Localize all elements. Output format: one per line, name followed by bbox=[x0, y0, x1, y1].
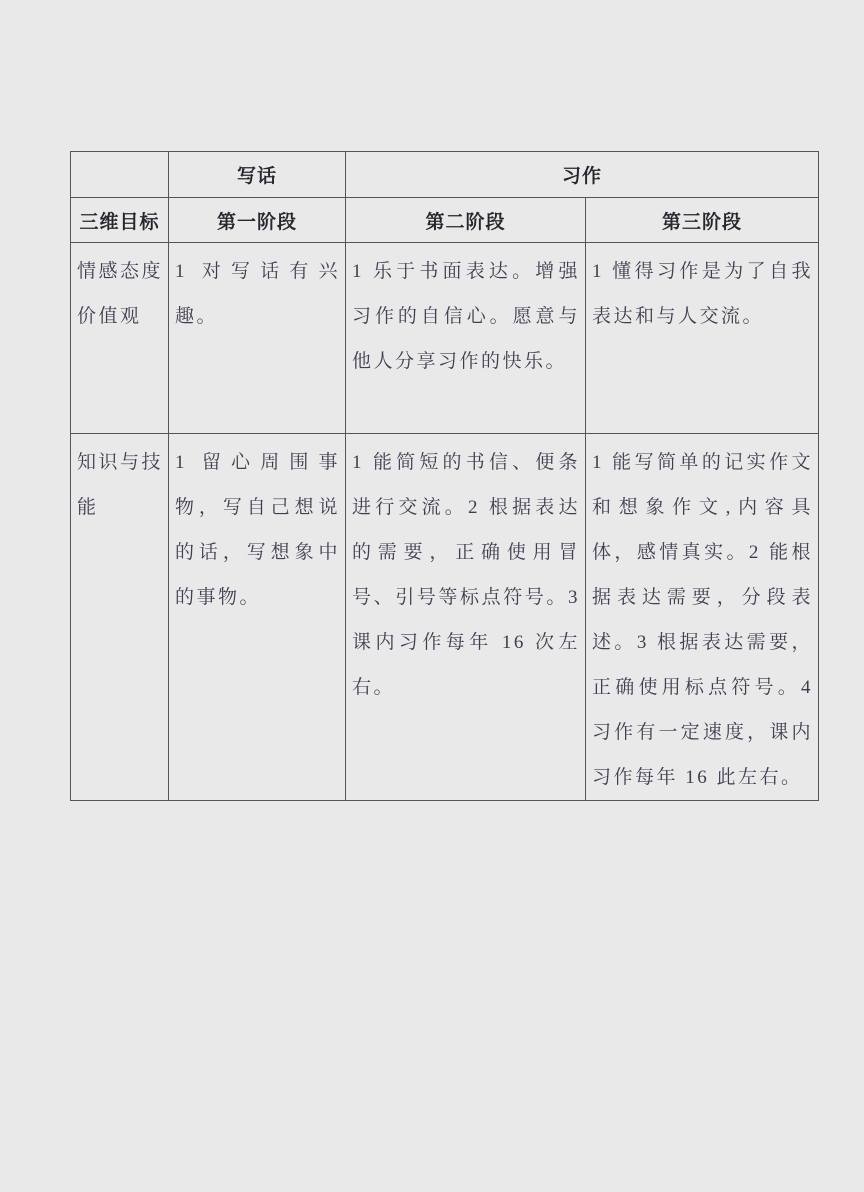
table-row-emotion-attitude-values: 情感态度价值观 1 对写话有兴趣。 1 乐于书面表达。增强习作的自信心。愿意与他… bbox=[71, 243, 819, 434]
table-row-knowledge-skills: 知识与技能 1 留心周围事物，写自己想说的话，写想象中的事物。 1 能简短的书信… bbox=[71, 434, 819, 801]
header-stage-2: 第二阶段 bbox=[346, 198, 586, 243]
header-writing-sentences: 写话 bbox=[169, 152, 346, 198]
header-composition: 习作 bbox=[346, 152, 819, 198]
emotion-stage1-cell: 1 对写话有兴趣。 bbox=[169, 243, 346, 434]
header-three-dimensional-goals: 三维目标 bbox=[71, 198, 169, 243]
table-header-row-stages: 三维目标 第一阶段 第二阶段 第三阶段 bbox=[71, 198, 819, 243]
knowledge-stage2-cell: 1 能简短的书信、便条进行交流。2 根据表达的需要，正确使用冒号、引号等标点符号… bbox=[346, 434, 586, 801]
header-stage-3: 第三阶段 bbox=[586, 198, 819, 243]
header-stage-1: 第一阶段 bbox=[169, 198, 346, 243]
corner-cell bbox=[71, 152, 169, 198]
emotion-stage3-cell: 1 懂得习作是为了自我表达和与人交流。 bbox=[586, 243, 819, 434]
knowledge-stage3-cell: 1 能写简单的记实作文和想象作文,内容具体，感情真实。2 能根据表达需要，分段表… bbox=[586, 434, 819, 801]
curriculum-objectives-table: 写话 习作 三维目标 第一阶段 第二阶段 第三阶段 情感态度价值观 1 对写话有… bbox=[70, 151, 819, 801]
table-header-row-top: 写话 习作 bbox=[71, 152, 819, 198]
row-label-knowledge-skills: 知识与技能 bbox=[71, 434, 169, 801]
document-page: { "page": { "background_color": "#e9e9e9… bbox=[0, 0, 864, 1192]
row-label-emotion-attitude-values: 情感态度价值观 bbox=[71, 243, 169, 434]
knowledge-stage1-cell: 1 留心周围事物，写自己想说的话，写想象中的事物。 bbox=[169, 434, 346, 801]
emotion-stage2-cell: 1 乐于书面表达。增强习作的自信心。愿意与他人分享习作的快乐。 bbox=[346, 243, 586, 434]
